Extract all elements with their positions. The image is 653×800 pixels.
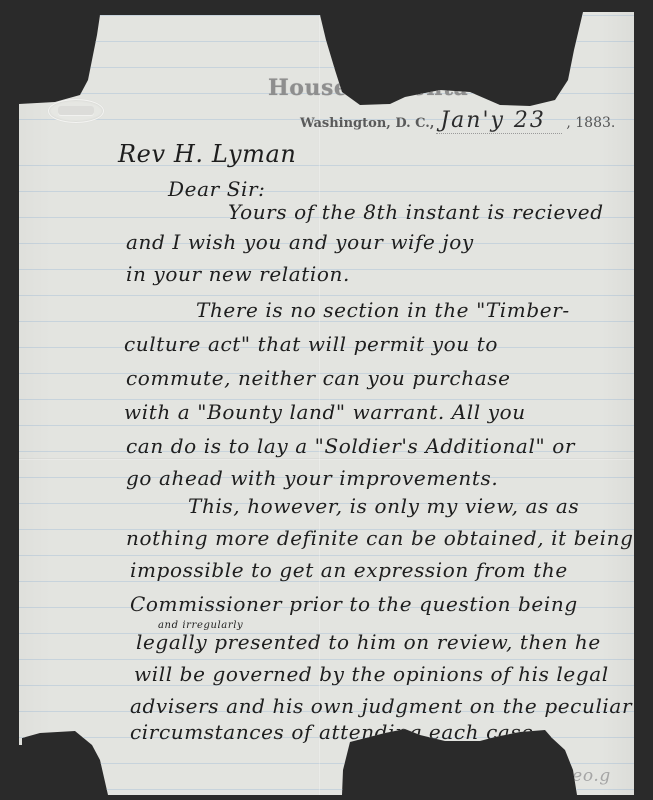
dateline-place: Washington, D. C., (300, 116, 434, 131)
body-line: and I wish you and your wife joy (126, 230, 474, 254)
body-line: This, however, is only my view, as as (188, 494, 579, 518)
body-line: in your new relation. (126, 262, 350, 286)
letterhead-title: House presenta (268, 75, 468, 101)
document-viewer: House presenta Washington, D. C., Jan'y … (0, 0, 653, 800)
dateline: Washington, D. C., Jan'y 23 , 1883. (300, 108, 615, 134)
body-line: Yours of the 8th instant is recieved (228, 200, 604, 224)
body-line: can do is to lay a "Soldier's Additional… (126, 434, 575, 458)
body-line: impossible to get an expression from the (130, 558, 568, 582)
dateline-handwritten-date: Jan'y 23 (436, 108, 562, 134)
faint-margin-note: Geo.g (558, 766, 611, 786)
embossed-seal-icon (48, 99, 104, 123)
dateline-year: , 1883. (566, 115, 615, 131)
letter-page: House presenta Washington, D. C., Jan'y … (0, 0, 653, 800)
body-line: go ahead with your improvements. (126, 466, 498, 490)
body-line: legally presented to him on review, then… (136, 630, 601, 654)
body-line: Commissioner prior to the question being (130, 592, 578, 616)
body-line: There is no section in the "Timber- (196, 298, 570, 322)
body-line: commute, neither can you purchase (126, 366, 511, 390)
body-line: nothing more definite can be obtained, i… (126, 526, 634, 550)
body-line: circumstances of attending each case. (130, 720, 541, 744)
body-line: advisers and his own judgment on the pec… (130, 694, 632, 718)
body-line: culture act" that will permit you to (124, 332, 498, 356)
insertion-caret: ^ (193, 648, 201, 659)
addressee: Rev H. Lyman (118, 140, 296, 168)
body-line: will be governed by the opinions of his … (134, 662, 609, 686)
horizontal-fold-crease (19, 458, 634, 460)
greeting: Dear Sir: (168, 177, 266, 201)
body-line: with a "Bounty land" warrant. All you (124, 400, 526, 424)
